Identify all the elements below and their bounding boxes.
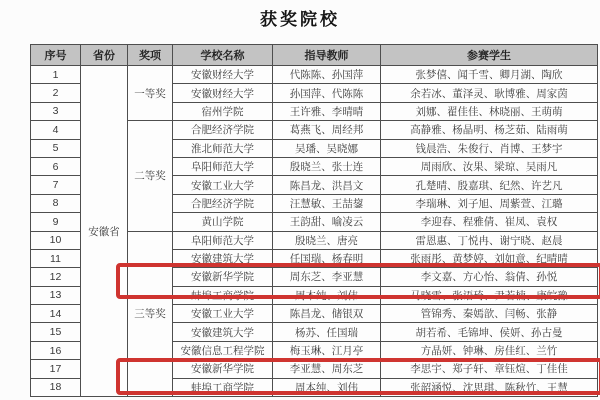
cell-index: 9: [31, 213, 81, 231]
cell-students: 高静雅、杨晶明、杨芝茹、陆雨萌: [381, 121, 598, 139]
cell-school: 安徽信息工程学院: [173, 341, 273, 359]
cell-students: 方晶妍、钟琳、房佳红、兰竹: [381, 341, 598, 359]
cell-school: 安徽工业大学: [173, 176, 273, 194]
col-header-school: 学校名称: [173, 45, 273, 66]
cell-teachers: 殷晓兰、唐亮: [273, 231, 381, 249]
cell-students: 李思宇、郑子轩、章钰煊、丁佳佳: [381, 360, 598, 378]
cell-index: 8: [31, 194, 81, 212]
cell-students: 管锦秀、秦嫣歆、闫畅、张静: [381, 305, 598, 323]
cell-index: 17: [31, 360, 81, 378]
cell-index: 16: [31, 341, 81, 359]
cell-teachers: 殷晓兰、张士连: [273, 157, 381, 175]
award-table-body: 1安徽省一等奖安徽财经大学代陈陈、孙国萍张梦僖、闻千雪、卿月湖、陶欣2安徽财经大…: [31, 66, 598, 397]
cell-index: 13: [31, 286, 81, 304]
cell-teachers: 周东芝、李亚慧: [273, 268, 381, 286]
cell-students: 李迎春、程雅倩、崔凤、袁权: [381, 213, 598, 231]
col-header-teachers: 指导教师: [273, 45, 381, 66]
cell-teachers: 汪慧敏、王喆鋆: [273, 194, 381, 212]
cell-students: 雷恩惠、丁悦冉、谢宁晓、赵晨: [381, 231, 598, 249]
cell-school: 阜阳师范大学: [173, 231, 273, 249]
cell-teachers: 吴璠、吴晓娜: [273, 139, 381, 157]
cell-school: 安徽财经大学: [173, 84, 273, 102]
cell-index: 7: [31, 176, 81, 194]
cell-students: 张梦僖、闻千雪、卿月湖、陶欣: [381, 66, 598, 84]
cell-school: 合肥经济学院: [173, 121, 273, 139]
cell-province: 安徽省: [81, 66, 128, 397]
cell-students: 周雨欣、汝果、梁琼、吴雨凡: [381, 157, 598, 175]
cell-students: 马晓雪、张语琦、尹若楠、康皖豫: [381, 286, 598, 304]
cell-teachers: 周本纯、刘伟: [273, 286, 381, 304]
cell-school: 蚌埠工商学院: [173, 286, 273, 304]
cell-teachers: 周本纯、刘伟: [273, 378, 381, 396]
cell-school: 安徽建筑大学: [173, 323, 273, 341]
cell-index: 11: [31, 249, 81, 267]
cell-award: 一等奖: [128, 66, 173, 121]
cell-index: 15: [31, 323, 81, 341]
cell-index: 1: [31, 66, 81, 84]
col-header-province: 省份: [81, 45, 128, 66]
cell-index: 6: [31, 157, 81, 175]
cell-index: 3: [31, 102, 81, 120]
cell-students: 张雨彤、黄梦婷、刘如意、纪晴晴: [381, 249, 598, 267]
cell-students: 刘娜、翟佳佳、林晓丽、王萌萌: [381, 102, 598, 120]
cell-teachers: 葛燕飞、周经邦: [273, 121, 381, 139]
cell-school: 黄山学院: [173, 213, 273, 231]
cell-students: 李瑞琳、刘子旭、周紫萱、江璐: [381, 194, 598, 212]
cell-school: 安徽新华学院: [173, 360, 273, 378]
cell-school: 安徽新华学院: [173, 268, 273, 286]
cell-school: 安徽建筑大学: [173, 249, 273, 267]
cell-teachers: 任国瑞、杨春明: [273, 249, 381, 267]
cell-index: 4: [31, 121, 81, 139]
cell-school: 安徽工业大学: [173, 305, 273, 323]
cell-index: 5: [31, 139, 81, 157]
cell-students: 余若冰、董泽灵、耿博雅、周家茵: [381, 84, 598, 102]
cell-students: 李文嘉、方心怡、翁倩、孙悦: [381, 268, 598, 286]
cell-students: 钱晨浩、朱俊行、肖博、王梦宇: [381, 139, 598, 157]
cell-index: 2: [31, 84, 81, 102]
cell-school: 蚌埠工商学院: [173, 378, 273, 396]
cell-teachers: 陈昌龙、洪昌文: [273, 176, 381, 194]
page-title: 获奖院校: [0, 5, 600, 30]
cell-index: 18: [31, 378, 81, 396]
cell-award: 三等奖: [128, 231, 173, 397]
cell-teachers: 梅玉琳、江月亭: [273, 341, 381, 359]
cell-teachers: 王韵甜、喻凌云: [273, 213, 381, 231]
header-row: 序号 省份 奖项 学校名称 指导教师 参赛学生: [31, 45, 598, 66]
award-table-header: 序号 省份 奖项 学校名称 指导教师 参赛学生: [31, 45, 598, 66]
cell-teachers: 陈昌龙、储银双: [273, 305, 381, 323]
cell-students: 孔楚晴、殷嘉琪、纪然、许艺凡: [381, 176, 598, 194]
cell-index: 12: [31, 268, 81, 286]
cell-school: 阜阳师范大学: [173, 157, 273, 175]
col-header-index: 序号: [31, 45, 81, 66]
cell-teachers: 李亚慧、周东芝: [273, 360, 381, 378]
cell-school: 淮北师范大学: [173, 139, 273, 157]
col-header-students: 参赛学生: [381, 45, 598, 66]
cell-teachers: 王许雅、李晴晴: [273, 102, 381, 120]
cell-school: 合肥经济学院: [173, 194, 273, 212]
cell-students: 胡若希、毛锦坤、侯妍、孙古曼: [381, 323, 598, 341]
cell-teachers: 杨苏、任国瑞: [273, 323, 381, 341]
cell-index: 10: [31, 231, 81, 249]
cell-teachers: 孙国萍、代陈陈: [273, 84, 381, 102]
cell-students: 张韶涵悦、沈思琪、陈秋竹、王慧: [381, 378, 598, 396]
cell-award: 二等奖: [128, 121, 173, 231]
award-table: 序号 省份 奖项 学校名称 指导教师 参赛学生 1安徽省一等奖安徽财经大学代陈陈…: [30, 44, 598, 397]
cell-school: 宿州学院: [173, 102, 273, 120]
table-row: 1安徽省一等奖安徽财经大学代陈陈、孙国萍张梦僖、闻千雪、卿月湖、陶欣: [31, 66, 598, 84]
cell-index: 14: [31, 305, 81, 323]
cell-teachers: 代陈陈、孙国萍: [273, 66, 381, 84]
cell-school: 安徽财经大学: [173, 66, 273, 84]
col-header-award: 奖项: [128, 45, 173, 66]
